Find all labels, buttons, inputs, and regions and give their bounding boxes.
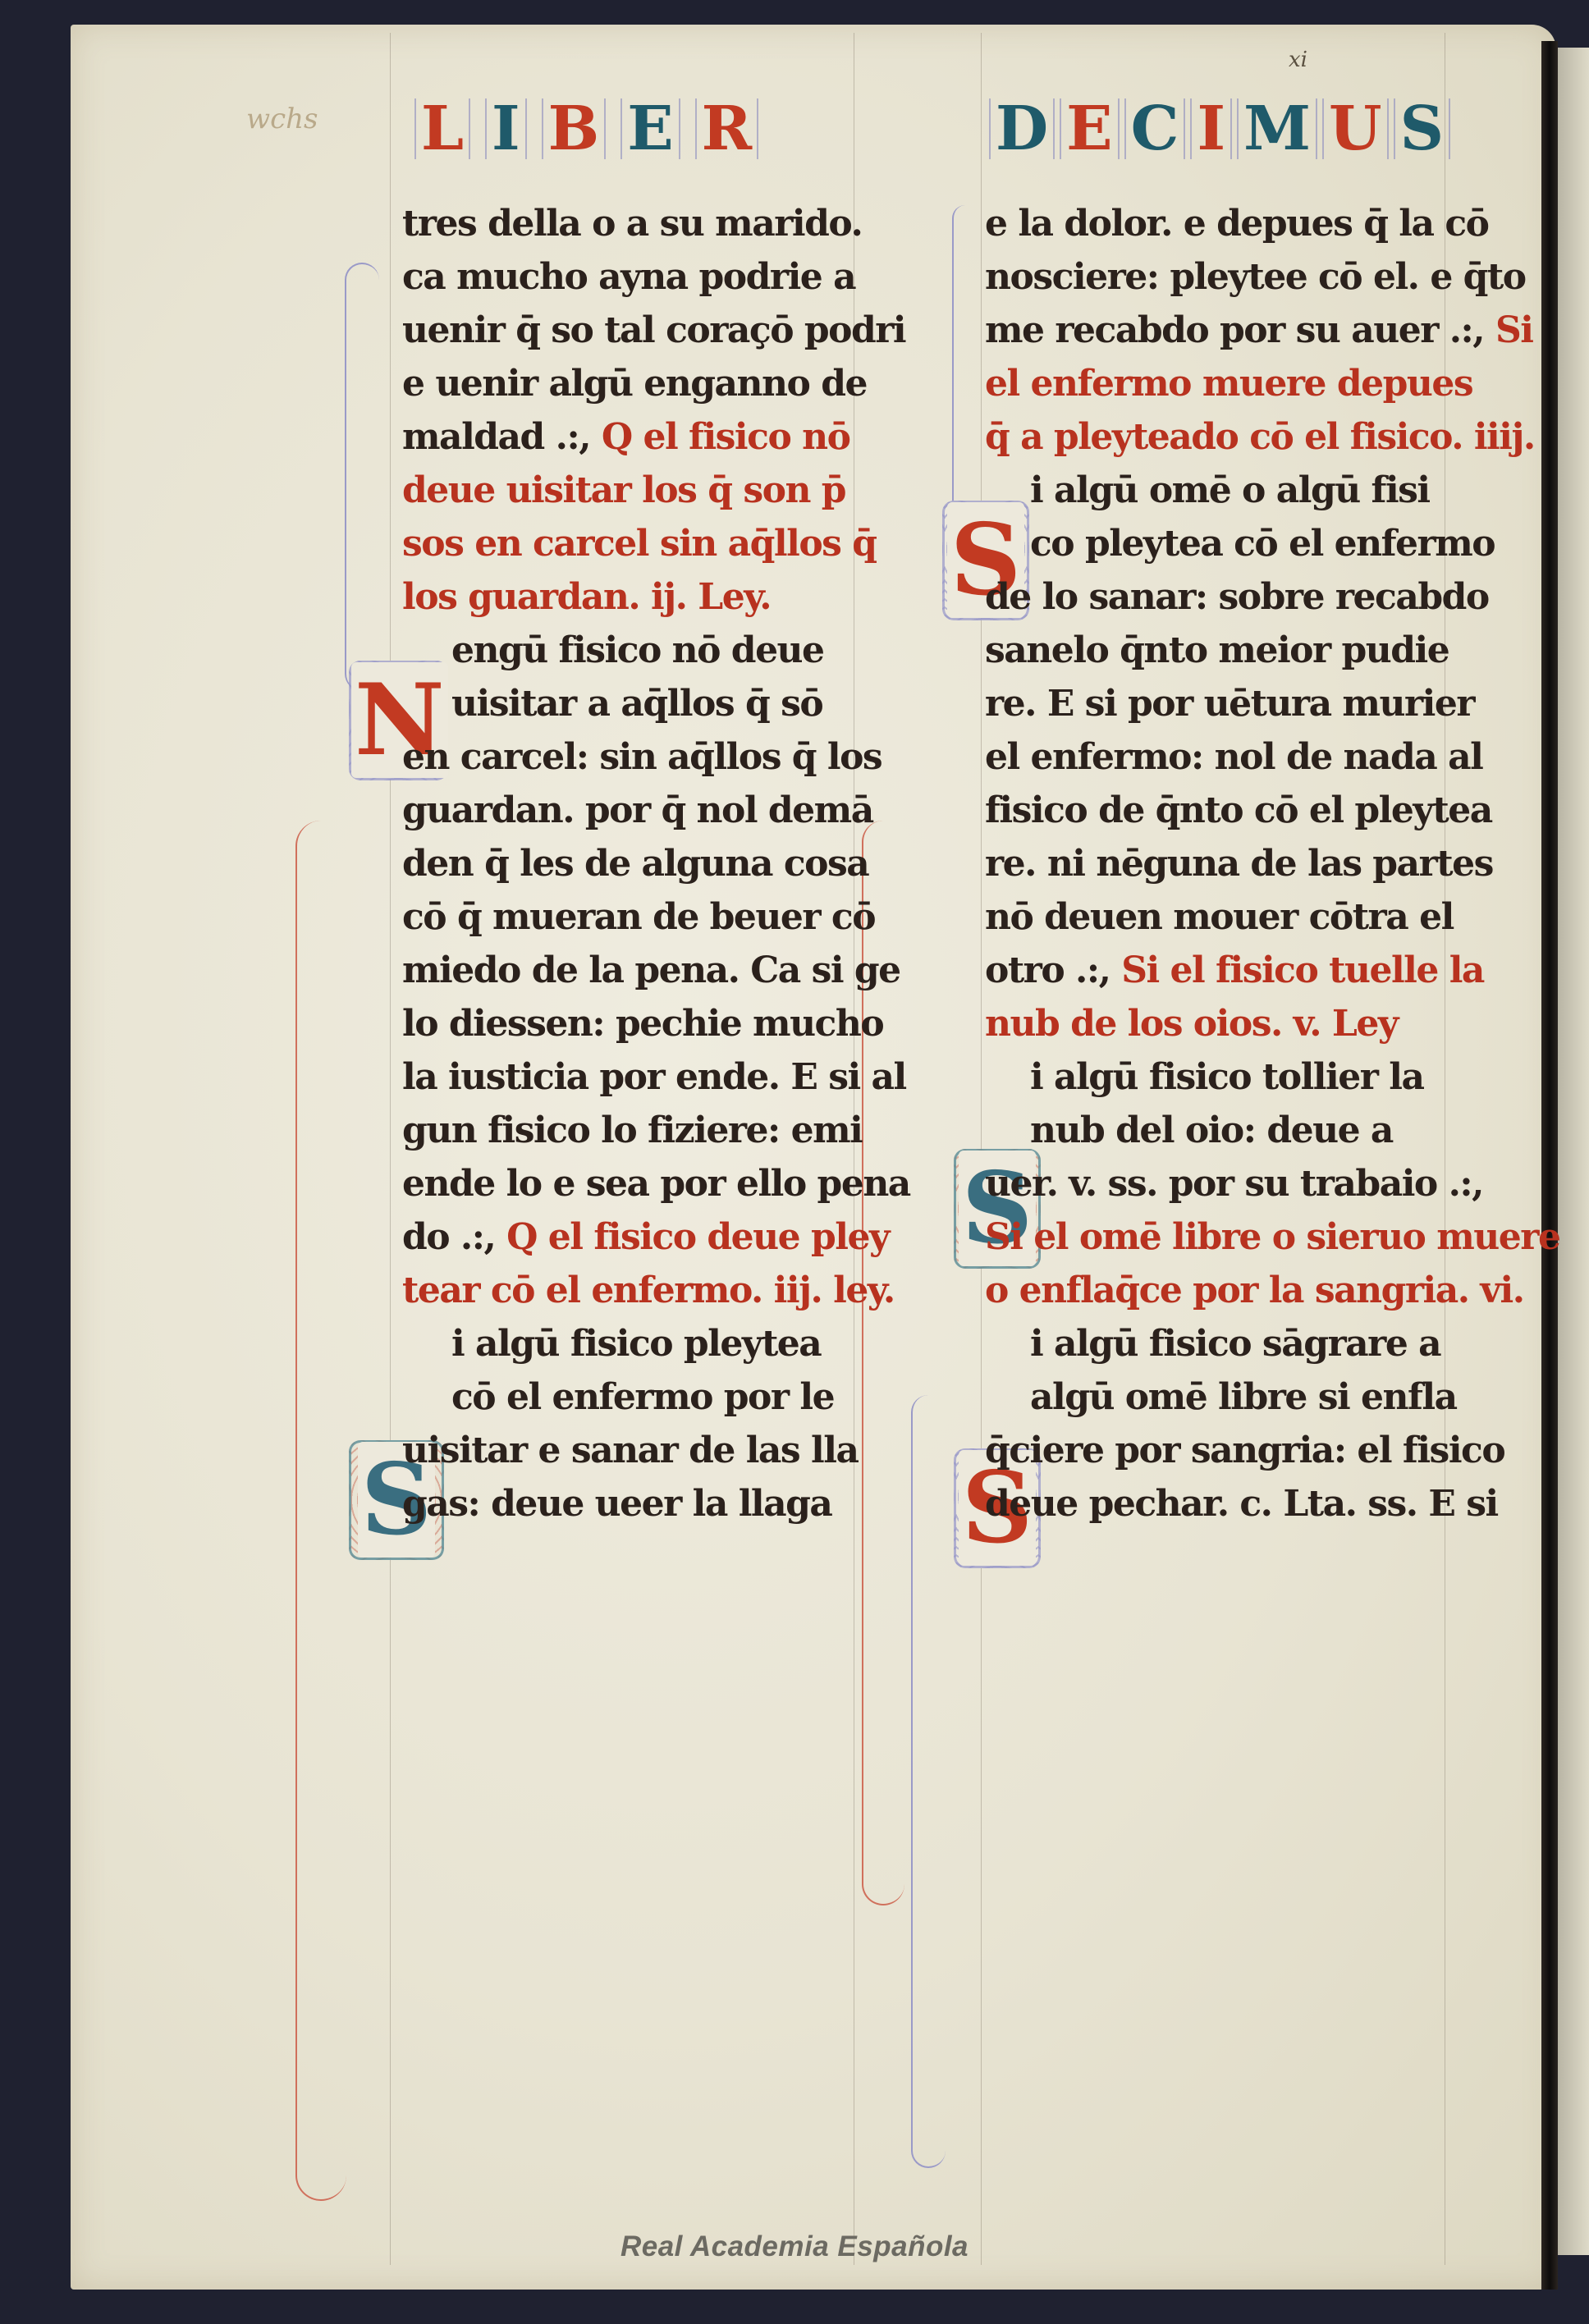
running-head-letter: C xyxy=(1124,98,1186,159)
manuscript-line: i algū fisico tollier la xyxy=(985,1050,1461,1104)
rubric-text: q̄ a pleyteado cō el fisico. iiij. xyxy=(985,416,1535,458)
body-text: re. ni nēguna de las partes xyxy=(985,843,1493,885)
penwork-flourish xyxy=(295,821,346,2201)
faded-marginal-note: wchs xyxy=(246,103,318,135)
rubric-text: Si el omē libre o sieruo muere xyxy=(985,1216,1559,1258)
running-head-letter: E xyxy=(1060,98,1119,159)
rubric-text: Si xyxy=(1495,309,1533,351)
manuscript-line: ende lo e sea por ello pena xyxy=(402,1157,862,1210)
ruling-line xyxy=(390,33,391,2265)
body-text: uisitar a aq̄llos q̄ sō xyxy=(451,683,822,725)
watermark: Real Academia Española xyxy=(0,2230,1589,2263)
rubric-text: deue uisitar los q̄ son p̄ xyxy=(402,469,845,511)
rubric-text: Q el fisico deue pley xyxy=(506,1216,889,1258)
manuscript-line: q̄ciere por sangria: el fisico xyxy=(985,1424,1461,1477)
manuscript-line: i algū omē o algū fisi xyxy=(985,464,1461,517)
manuscript-line: re. E si por uētura murier xyxy=(985,677,1461,730)
rubric-text: los guardan. ij. Ley. xyxy=(402,576,771,618)
manuscript-line: el enfermo: nol de nada al xyxy=(985,730,1461,784)
manuscript-line: sanelo q̄nto meior pudie xyxy=(985,624,1461,677)
body-text: nō deuen mouer cōtra el xyxy=(985,896,1454,938)
body-text: re. E si por uētura murier xyxy=(985,683,1474,725)
manuscript-line: co pleytea cō el enfermo xyxy=(985,517,1461,570)
body-text: me recabdo por su auer .:, xyxy=(985,309,1495,351)
running-head-letter: M xyxy=(1237,98,1317,159)
body-text: uisitar e sanar de las lla xyxy=(402,1430,858,1471)
manuscript-line: gun fisico lo fiziere: emi xyxy=(402,1104,862,1157)
running-head-left: L I B E R xyxy=(414,98,758,159)
rubric-text: tear cō el enfermo. iij. ley. xyxy=(402,1270,895,1311)
facing-page-edge xyxy=(1558,48,1589,2255)
manuscript-line: uisitar e sanar de las lla xyxy=(402,1424,862,1477)
body-text: q̄ciere por sangria: el fisico xyxy=(985,1430,1504,1471)
penwork-flourish xyxy=(345,263,379,691)
manuscript-line: o enflaq̄ce por la sangria. vi. xyxy=(985,1264,1461,1317)
body-text: co pleytea cō el enfermo xyxy=(1030,523,1495,565)
manuscript-line: i algū fisico pleytea xyxy=(402,1317,862,1370)
manuscript-line: guardan. por q̄ nol demā xyxy=(402,784,862,837)
manuscript-line: e la dolor. e depues q̄ la cō xyxy=(985,197,1461,250)
manuscript-line: miedo de la pena. Ca si ge xyxy=(402,944,862,997)
body-text: fisico de q̄nto cō el pleytea xyxy=(985,789,1492,831)
manuscript-line: uenir q̄ so tal coraçō podri xyxy=(402,304,862,357)
manuscript-line: ca mucho ayna podrie a xyxy=(402,250,862,304)
manuscript-line: den q̄ les de alguna cosa xyxy=(402,837,862,890)
running-head-letter: B xyxy=(542,98,607,159)
running-head-right: D E C I M U S xyxy=(989,98,1450,159)
folio-number: xi xyxy=(1289,48,1307,72)
body-text: algū omē libre si enfla xyxy=(1030,1376,1457,1418)
manuscript-line: fisico de q̄nto cō el pleytea xyxy=(985,784,1461,837)
body-text: cō el enfermo por le xyxy=(451,1376,834,1418)
running-head-letter: R xyxy=(695,98,759,159)
body-text: otro .:, xyxy=(985,949,1121,991)
manuscript-line: en carcel: sin aq̄llos q̄ los xyxy=(402,730,862,784)
manuscript-line: deue pechar. c. Lta. ss. E si xyxy=(985,1477,1461,1530)
body-text: guardan. por q̄ nol demā xyxy=(402,789,873,831)
binding-gutter xyxy=(1541,41,1558,2290)
body-text: e la dolor. e depues q̄ la cō xyxy=(985,203,1489,245)
manuscript-line: uer. v. ss. por su trabaio .:, xyxy=(985,1157,1461,1210)
body-text: deue pechar. c. Lta. ss. E si xyxy=(985,1483,1498,1525)
manuscript-line: uisitar a aq̄llos q̄ sō xyxy=(402,677,862,730)
body-text: ca mucho ayna podrie a xyxy=(402,256,855,298)
body-text: uer. v. ss. por su trabaio .:, xyxy=(985,1163,1483,1205)
body-text: miedo de la pena. Ca si ge xyxy=(402,949,900,991)
manuscript-line: nub de los oios. v. Ley xyxy=(985,997,1461,1050)
body-text: nub del oio: deue a xyxy=(1030,1109,1393,1151)
running-head-letter: I xyxy=(485,98,527,159)
manuscript-line: el enfermo muere depues xyxy=(985,357,1461,410)
body-text: maldad .:, xyxy=(402,416,602,458)
body-text: i algū fisico pleytea xyxy=(451,1323,821,1365)
manuscript-line: sos en carcel sin aq̄llos q̄ xyxy=(402,517,862,570)
manuscript-line: de lo sanar: sobre recabdo xyxy=(985,570,1461,624)
manuscript-line: otro .:, Si el fisico tuelle la xyxy=(985,944,1461,997)
body-text: i algū fisico tollier la xyxy=(1030,1056,1423,1098)
manuscript-line: tear cō el enfermo. iij. ley. xyxy=(402,1264,862,1317)
body-text: el enfermo: nol de nada al xyxy=(985,736,1482,778)
body-text: de lo sanar: sobre recabdo xyxy=(985,576,1489,618)
body-text: do .:, xyxy=(402,1216,506,1258)
rubric-text: Si el fisico tuelle la xyxy=(1121,949,1484,991)
manuscript-line: do .:, Q el fisico deue pley xyxy=(402,1210,862,1264)
body-text: i algū fisico sāgrare a xyxy=(1030,1323,1440,1365)
manuscript-line: Si el omē libre o sieruo muere xyxy=(985,1210,1461,1264)
text-column-left: tres della o a su marido.ca mucho ayna p… xyxy=(402,197,862,1530)
manuscript-line: tres della o a su marido. xyxy=(402,197,862,250)
rubric-text: el enfermo muere depues xyxy=(985,363,1472,405)
running-head-letter: S xyxy=(1394,98,1450,159)
manuscript-line: cō el enfermo por le xyxy=(402,1370,862,1424)
manuscript-line: la iusticia por ende. E si al xyxy=(402,1050,862,1104)
manuscript-line: maldad .:, Q el fisico nō xyxy=(402,410,862,464)
manuscript-line: deue uisitar los q̄ son p̄ xyxy=(402,464,862,517)
penwork-flourish xyxy=(911,1395,946,2168)
penwork-flourish xyxy=(952,205,978,550)
body-text: la iusticia por ende. E si al xyxy=(402,1056,906,1098)
body-text: i algū omē o algū fisi xyxy=(1030,469,1430,511)
body-text: e uenir algū enganno de xyxy=(402,363,867,405)
manuscript-line: e uenir algū enganno de xyxy=(402,357,862,410)
manuscript-line: nō deuen mouer cōtra el xyxy=(985,890,1461,944)
body-text: nosciere: pleytee cō el. e q̄to xyxy=(985,256,1526,298)
manuscript-line: los guardan. ij. Ley. xyxy=(402,570,862,624)
body-text: engū fisico nō deue xyxy=(451,629,824,671)
body-text: gas: deue ueer la llaga xyxy=(402,1483,831,1525)
running-head-letter: L xyxy=(414,98,470,159)
manuscript-line: gas: deue ueer la llaga xyxy=(402,1477,862,1530)
manuscript-line: nub del oio: deue a xyxy=(985,1104,1461,1157)
rubric-text: nub de los oios. v. Ley xyxy=(985,1003,1398,1045)
running-head-letter: E xyxy=(620,98,680,159)
body-text: uenir q̄ so tal coraçō podri xyxy=(402,309,905,351)
manuscript-line: cō q̄ mueran de beuer cō xyxy=(402,890,862,944)
body-text: ende lo e sea por ello pena xyxy=(402,1163,910,1205)
body-text: sanelo q̄nto meior pudie xyxy=(985,629,1449,671)
manuscript-line: algū omē libre si enfla xyxy=(985,1370,1461,1424)
body-text: gun fisico lo fiziere: emi xyxy=(402,1109,862,1151)
rubric-text: Q el fisico nō xyxy=(602,416,850,458)
manuscript-line: i algū fisico sāgrare a xyxy=(985,1317,1461,1370)
body-text: lo diessen: pechie mucho xyxy=(402,1003,883,1045)
body-text: en carcel: sin aq̄llos q̄ los xyxy=(402,736,882,778)
rubric-text: sos en carcel sin aq̄llos q̄ xyxy=(402,523,877,565)
text-column-right: e la dolor. e depues q̄ la cōnosciere: p… xyxy=(985,197,1461,1530)
body-text: den q̄ les de alguna cosa xyxy=(402,843,868,885)
running-head-letter: D xyxy=(989,98,1055,159)
running-head-letter: I xyxy=(1190,98,1232,159)
manuscript-line: nosciere: pleytee cō el. e q̄to xyxy=(985,250,1461,304)
manuscript-line: re. ni nēguna de las partes xyxy=(985,837,1461,890)
manuscript-line: q̄ a pleyteado cō el fisico. iiij. xyxy=(985,410,1461,464)
body-text: tres della o a su marido. xyxy=(402,203,862,245)
rubric-text: o enflaq̄ce por la sangria. vi. xyxy=(985,1270,1524,1311)
running-head-letter: U xyxy=(1322,98,1389,159)
manuscript-line: engū fisico nō deue xyxy=(402,624,862,677)
manuscript-line: me recabdo por su auer .:, Si xyxy=(985,304,1461,357)
body-text: cō q̄ mueran de beuer cō xyxy=(402,896,875,938)
manuscript-line: lo diessen: pechie mucho xyxy=(402,997,862,1050)
